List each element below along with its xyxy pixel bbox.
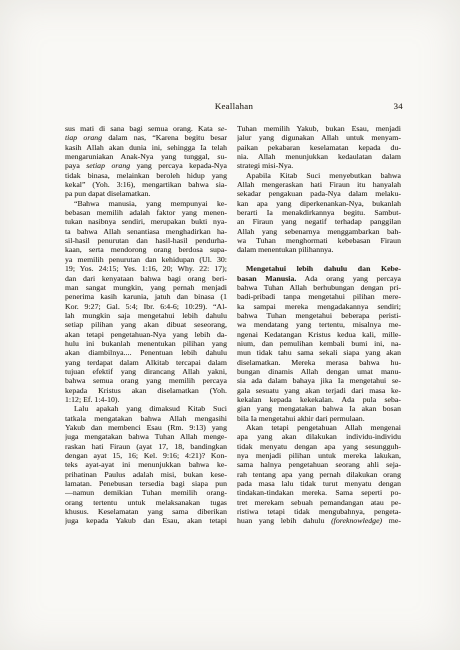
text-segment: juga kepada Yakub dan Esau, akan tetapi: [65, 516, 227, 525]
text-line: nia. Allah menunjukkan kedaulatan dalam: [237, 152, 401, 161]
text-segment: tidak binasa, melainkan beroleh hidup ya…: [65, 171, 227, 180]
text-line: akan diambilnya.... Penentuan lebih dahu…: [65, 348, 227, 357]
text-line: yang terdapat dalam Alkitab tercapai dal…: [65, 358, 227, 367]
text-segment: Allah mengeraskan hati Firaun itu hanyal…: [237, 180, 401, 189]
text-segment: sil-hasil penurutan dan hasil-hasil pend…: [65, 236, 227, 245]
bold-text-segment: Mengetahui lebih dahulu dan Kebe-: [246, 264, 401, 273]
text-line: jalur yang digunakan Allah untuk menyam-: [237, 133, 401, 142]
text-line: dan dari kenyataan bahwa bagi orang beri…: [65, 274, 227, 283]
text-line: Tuhan memilih Yakub, bukan Esau, menjadi: [237, 124, 401, 133]
text-segment: 1:12; Ef. 1:4-10).: [65, 395, 120, 404]
text-line: ngenai Kedatangan Kristus kedua kali, mi…: [237, 330, 401, 339]
text-line: rah tentang apa yang pernah dilakukan or…: [237, 470, 401, 479]
text-segment: mengaruniakan Anak-Nya yang tunggal, su-: [65, 152, 227, 161]
text-line: lamatan. Penebusan tersedia bagi siapa p…: [65, 479, 227, 488]
text-line: badi-pribadi tanpa mengetahui pilihan me…: [237, 292, 401, 301]
text-line: Lalu apakah yang dimaksud Kitab Suci: [65, 404, 227, 413]
text-line: tret merekam sebuah pemandangan atau pe-: [237, 498, 401, 507]
text-line: man sangat mungkin, yang pernah menjadi: [65, 283, 227, 292]
text-line: sekadar pengakuan pada-Nya dalam melaku-: [237, 189, 401, 198]
text-line: tindakan-tindakan mereka. Sama seperti p…: [237, 488, 401, 497]
text-segment: tatkala mengatakan bahwa Allah mengasihi: [65, 414, 227, 423]
text-line: raskan hati Firaun (ayat 17, 18, banding…: [65, 442, 227, 451]
text-line: mengaruniakan Anak-Nya yang tunggal, su-: [65, 152, 227, 161]
text-line: tidak menyatu dengan apa yang sesungguh-: [237, 442, 401, 451]
text-segment: Ada orang yang percaya: [296, 274, 401, 283]
book-page: Keallahan 34 sus mati di sana bagi semua…: [0, 0, 460, 650]
text-segment: man sangat mungkin, yang pernah menjadi: [65, 283, 227, 292]
text-line: kepada Kristus akan diselamatkan (Yoh.: [65, 386, 227, 395]
text-line: Allah yang sebenarnya menggambarkan bah-: [237, 227, 401, 236]
text-line: paikan pekabaran keselamatan kepada du-: [237, 143, 401, 152]
text-line: tatkala mengatakan bahwa Allah mengasihi: [65, 414, 227, 423]
text-segment: raskan hati Firaun (ayat 17, 18, banding…: [65, 442, 227, 451]
text-segment: Yakub dan membenci Esau (Rm. 9:13) yang: [65, 423, 227, 432]
text-line: strategi misi-Nya.: [237, 161, 401, 170]
text-line: setiap pilihan yang akan dibuat seseoran…: [65, 320, 227, 329]
text-line: teks ayat-ayat ini menunjukkan bahwa ke-: [65, 460, 227, 469]
page-header: Keallahan 34: [64, 101, 404, 114]
text-line: bungan dinamis Allah dengan umat manu-: [237, 367, 401, 376]
text-segment: ya memilih penurutan dan kehidupan (Ul. …: [65, 255, 227, 264]
text-segment: “Bahwa manusia, yang mempunyai ke-: [74, 199, 227, 208]
text-line: 19; Yos. 24:15; Yes. 1:16, 20; Why. 22: …: [65, 264, 227, 273]
text-segment: yang terdapat dalam Alkitab tercapai dal…: [65, 358, 227, 367]
text-column-right: Tuhan memilih Yakub, bukan Esau, menjadi…: [237, 124, 401, 526]
text-segment: akan diambilnya.... Penentuan lebih dahu…: [65, 348, 227, 357]
text-segment: setiap pilihan yang akan dibuat seseoran…: [65, 320, 227, 329]
text-line: sama halnya pengetahuan seorang ahli sej…: [237, 460, 401, 469]
text-line: ta bahwa Allah senantiasa menghadirkan h…: [65, 227, 227, 236]
text-line: sia ada dalam bahaya jika Ia mengetahui …: [237, 376, 401, 385]
text-segment: berarti Ia menakdirkannya begitu. Sambut…: [237, 208, 401, 217]
text-line: nya menjadi pilihan untuk mereka lakukan…: [237, 451, 401, 460]
text-segment: diselamatkan. Mereka merasa bahwa hu-: [237, 358, 401, 367]
text-line: Yakub dan membenci Esau (Rm. 9:13) yang: [65, 423, 227, 432]
text-line: akan tetapi pengetahuan-Nya yang lebih d…: [65, 330, 227, 339]
text-line: kekalan kepada kekekalan. Ada pula seba-: [237, 395, 401, 404]
text-segment: Lalu apakah yang dimaksud Kitab Suci: [74, 404, 227, 413]
text-segment: prihatinan Paulus adalah misi, bukan kes…: [65, 470, 227, 479]
text-segment: wa Tuhan menghormati kebebasan Firaun: [237, 236, 401, 245]
text-segment: badi-pribadi tanpa mengetahui pilihan me…: [237, 292, 401, 301]
text-line: basan Manusia. Ada orang yang percaya: [237, 274, 401, 283]
text-segment: kekal” (Yoh. 3:16), mengartikan bahwa si…: [65, 180, 227, 189]
text-line: pa pun dapat diselamatkan.: [65, 189, 227, 198]
text-segment: strategi misi-Nya.: [237, 161, 293, 170]
text-segment: dengan ayat 15, 16; Kel. 9:16; 4:21)? Ko…: [65, 451, 227, 460]
text-segment: orang tertentu untuk melaksanakan tugas: [65, 498, 227, 507]
text-segment: nium, dan pemulihan kembali bumi ini, na…: [237, 339, 401, 348]
text-segment: Akan tetapi pengetahuan Allah mengenai: [246, 423, 401, 432]
text-segment: pada masa lalu tidak turut menyatu denga…: [237, 479, 401, 488]
text-segment: khusus. Keselamatan yang sama diberikan: [65, 507, 227, 516]
bold-text-segment: basan Manusia.: [237, 274, 296, 283]
text-line: sus mati di sana bagi semua orang. Kata …: [65, 124, 227, 133]
text-line: tidak binasa, melainkan beroleh hidup ya…: [65, 171, 227, 180]
text-segment: dalam nas, “Karena begitu besar: [102, 133, 227, 142]
text-line: kasih Allah akan dunia ini, sehingga Ia …: [65, 143, 227, 152]
text-segment: yang percaya kepada-Nya: [130, 161, 227, 170]
text-segment: wa mendatang yang tertentu, misalnya me-: [237, 320, 401, 329]
text-segment: kepada Kristus akan diselamatkan (Yoh.: [65, 386, 227, 395]
text-segment: kekalan kepada kekekalan. Ada pula seba-: [237, 395, 401, 404]
text-segment: paikan pekabaran keselamatan kepada du-: [237, 143, 401, 152]
text-segment: gian yang mengatakan bahwa Ia akan bosan: [237, 404, 401, 413]
text-segment: tret merekam sebuah pemandangan atau pe-: [237, 498, 401, 507]
text-segment: jalur yang digunakan Allah untuk menyam-: [237, 133, 401, 142]
text-line: Kor. 9:27; Gal. 5:4; Ibr. 6:4-6; 10:29).…: [65, 302, 227, 311]
text-segment: mun tidak tahu sama sekali siapa yang ak…: [237, 348, 401, 357]
text-line: ristiwa tetapi tidak mengubahnya, penget…: [237, 507, 401, 516]
text-segment: Tuhan memilih Yakub, bukan Esau, menjadi: [237, 124, 401, 133]
text-segment: ngenai Kedatangan Kristus kedua kali, mi…: [237, 330, 401, 339]
text-segment: huan yang lebih dahulu: [237, 516, 331, 525]
text-segment: tidak menyatu dengan apa yang sesungguh-: [237, 442, 401, 451]
text-segment: kasih Allah akan dunia ini, sehingga Ia …: [65, 143, 227, 152]
text-line: kan apa yang diperkenankan-Nya, bukanlah: [237, 199, 401, 208]
text-line: bila Ia mengetahui akhir dari permulaan.: [237, 414, 401, 423]
text-segment: sekadar pengakuan pada-Nya dalam melaku-: [237, 189, 401, 198]
text-segment: lamatan. Penebusan tersedia bagi siapa p…: [65, 479, 227, 488]
italic-text-segment: (foreknowledge): [331, 516, 382, 525]
text-segment: penerima kasih karunia, jatuh dan binasa…: [65, 292, 227, 301]
text-line: hulu ini bukanlah menentukan pilihan yan…: [65, 339, 227, 348]
text-segment: kan apa yang diperkenankan-Nya, bukanlah: [237, 199, 401, 208]
text-segment: hulu ini bukanlah menentukan pilihan yan…: [65, 339, 227, 348]
text-line: Allah mengeraskan hati Firaun itu hanyal…: [237, 180, 401, 189]
text-line: sil-hasil penurutan dan hasil-hasil pend…: [65, 236, 227, 245]
text-segment: juga mengatakan bahwa Tuhan Allah menge-: [65, 432, 227, 441]
text-line: apa yang akan dilakukan individu-individ…: [237, 432, 401, 441]
text-segment: ta bahwa Allah senantiasa menghadirkan h…: [65, 227, 227, 236]
text-segment: bila Ia mengetahui akhir dari permulaan.: [237, 414, 365, 423]
text-line: ka sampai mereka mengadakannya sendiri;: [237, 302, 401, 311]
text-line: penerima kasih karunia, jatuh dan binasa…: [65, 292, 227, 301]
text-line: pada masa lalu tidak turut menyatu denga…: [237, 479, 401, 488]
text-line: Mengetahui lebih dahulu dan Kebe-: [237, 264, 401, 273]
text-line: —namun demikian Tuhan memilih orang-: [65, 488, 227, 497]
text-segment: gala sesuatu yang akan terjadi dari masa…: [237, 386, 401, 395]
text-segment: bahwa semua orang yang memilih percaya: [65, 376, 227, 385]
italic-text-segment: tiap orang: [65, 133, 102, 142]
running-title: Keallahan: [64, 101, 404, 111]
text-line: khusus. Keselamatan yang sama diberikan: [65, 507, 227, 516]
text-segment: sus mati di sana bagi semua orang. Kata: [65, 124, 218, 133]
text-line: mun tidak tahu sama sekali siapa yang ak…: [237, 348, 401, 357]
text-line: Akan tetapi pengetahuan Allah mengenai: [237, 423, 401, 432]
text-segment: tukan nasibnya sendiri, merupakan bukti …: [65, 217, 227, 226]
text-line: kekal” (Yoh. 3:16), mengartikan bahwa si…: [65, 180, 227, 189]
text-line: paya setiap orang yang percaya kepada-Ny…: [65, 161, 227, 170]
text-segment: paya: [65, 161, 86, 170]
text-line: wa Tuhan menghormati kebebasan Firaun: [237, 236, 401, 245]
text-line: ya memilih penurutan dan kehidupan (Ul. …: [65, 255, 227, 264]
text-line: bahwa Tuhan mengetahui beberapa peristi-: [237, 311, 401, 320]
text-segment: lah mungkin saja mengetahui lebih dahulu: [65, 311, 227, 320]
text-line: dalam menentukan pilihannya.: [237, 245, 401, 254]
text-line: gian yang mengatakan bahwa Ia akan bosan: [237, 404, 401, 413]
text-segment: bungan dinamis Allah dengan umat manu-: [237, 367, 401, 376]
text-segment: akan tetapi pengetahuan-Nya yang lebih d…: [65, 330, 227, 339]
text-line: lah mungkin saja mengetahui lebih dahulu: [65, 311, 227, 320]
text-segment: 19; Yos. 24:15; Yes. 1:16, 20; Why. 22: …: [65, 264, 227, 273]
text-line: “Bahwa manusia, yang mempunyai ke-: [65, 199, 227, 208]
text-segment: bahwa Tuhan Allah berhubungan dengan pri…: [237, 283, 401, 292]
text-segment: an Firaun yang negatif terhadap panggila…: [237, 217, 401, 226]
text-line: huan yang lebih dahulu (foreknowledge) m…: [237, 516, 401, 525]
italic-text-segment: se-: [218, 124, 227, 133]
text-line: orang tertentu untuk melaksanakan tugas: [65, 498, 227, 507]
text-line: kaan, serta mendorong orang berdosa supa…: [65, 245, 227, 254]
text-line: bebasan memilih adalah faktor yang menen…: [65, 208, 227, 217]
text-segment: Allah yang sebenarnya menggambarkan bah-: [237, 227, 401, 236]
text-segment: dan dari kenyataan bahwa bagi orang beri…: [65, 274, 227, 283]
page-number: 34: [394, 101, 403, 111]
text-line: diselamatkan. Mereka merasa bahwa hu-: [237, 358, 401, 367]
text-segment: Kor. 9:27; Gal. 5:4; Ibr. 6:4-6; 10:29).…: [65, 302, 227, 311]
text-segment: tujuan efektif yang dirancang Allah yakn…: [65, 367, 227, 376]
text-segment: sia ada dalam bahaya jika Ia mengetahui …: [237, 376, 401, 385]
text-segment: nia. Allah menunjukkan kedaulatan dalam: [237, 152, 401, 161]
text-line: juga kepada Yakub dan Esau, akan tetapi: [65, 516, 227, 525]
text-segment: rah tentang apa yang pernah dilakukan or…: [237, 470, 401, 479]
text-line: bahwa semua orang yang memilih percaya: [65, 376, 227, 385]
text-line: berarti Ia menakdirkannya begitu. Sambut…: [237, 208, 401, 217]
text-line: an Firaun yang negatif terhadap panggila…: [237, 217, 401, 226]
text-line: dengan ayat 15, 16; Kel. 9:16; 4:21)? Ko…: [65, 451, 227, 460]
text-segment: Apabila Kitab Suci menyebutkan bahwa: [246, 171, 401, 180]
text-line: wa mendatang yang tertentu, misalnya me-: [237, 320, 401, 329]
text-segment: me-: [382, 516, 401, 525]
text-line: Apabila Kitab Suci menyebutkan bahwa: [237, 171, 401, 180]
text-line: nium, dan pemulihan kembali bumi ini, na…: [237, 339, 401, 348]
text-line: juga mengatakan bahwa Tuhan Allah menge-: [65, 432, 227, 441]
text-segment: sama halnya pengetahuan seorang ahli sej…: [237, 460, 401, 469]
text-segment: tindakan-tindakan mereka. Sama seperti p…: [237, 488, 401, 497]
text-column-left: sus mati di sana bagi semua orang. Kata …: [65, 124, 227, 526]
text-line: tujuan efektif yang dirancang Allah yakn…: [65, 367, 227, 376]
text-segment: ka sampai mereka mengadakannya sendiri;: [237, 302, 401, 311]
text-segment: nya menjadi pilihan untuk mereka lakukan…: [237, 451, 401, 460]
text-line: tiap orang dalam nas, “Karena begitu bes…: [65, 133, 227, 142]
text-segment: bahwa Tuhan mengetahui beberapa peristi-: [237, 311, 401, 320]
text-line: gala sesuatu yang akan terjadi dari masa…: [237, 386, 401, 395]
text-segment: —namun demikian Tuhan memilih orang-: [65, 488, 227, 497]
text-segment: kaan, serta mendorong orang berdosa supa…: [65, 245, 227, 254]
text-segment: teks ayat-ayat ini menunjukkan bahwa ke-: [65, 460, 227, 469]
text-line: prihatinan Paulus adalah misi, bukan kes…: [65, 470, 227, 479]
text-segment: bebasan memilih adalah faktor yang menen…: [65, 208, 227, 217]
text-segment: pa pun dapat diselamatkan.: [65, 189, 150, 198]
text-segment: dalam menentukan pilihannya.: [237, 245, 333, 254]
text-segment: ristiwa tetapi tidak mengubahnya, penget…: [237, 507, 401, 516]
text-segment: apa yang akan dilakukan individu-individ…: [237, 432, 401, 441]
text-line: 1:12; Ef. 1:4-10).: [65, 395, 227, 404]
text-line: tukan nasibnya sendiri, merupakan bukti …: [65, 217, 227, 226]
text-line: bahwa Tuhan Allah berhubungan dengan pri…: [237, 283, 401, 292]
italic-text-segment: setiap orang: [86, 161, 130, 170]
